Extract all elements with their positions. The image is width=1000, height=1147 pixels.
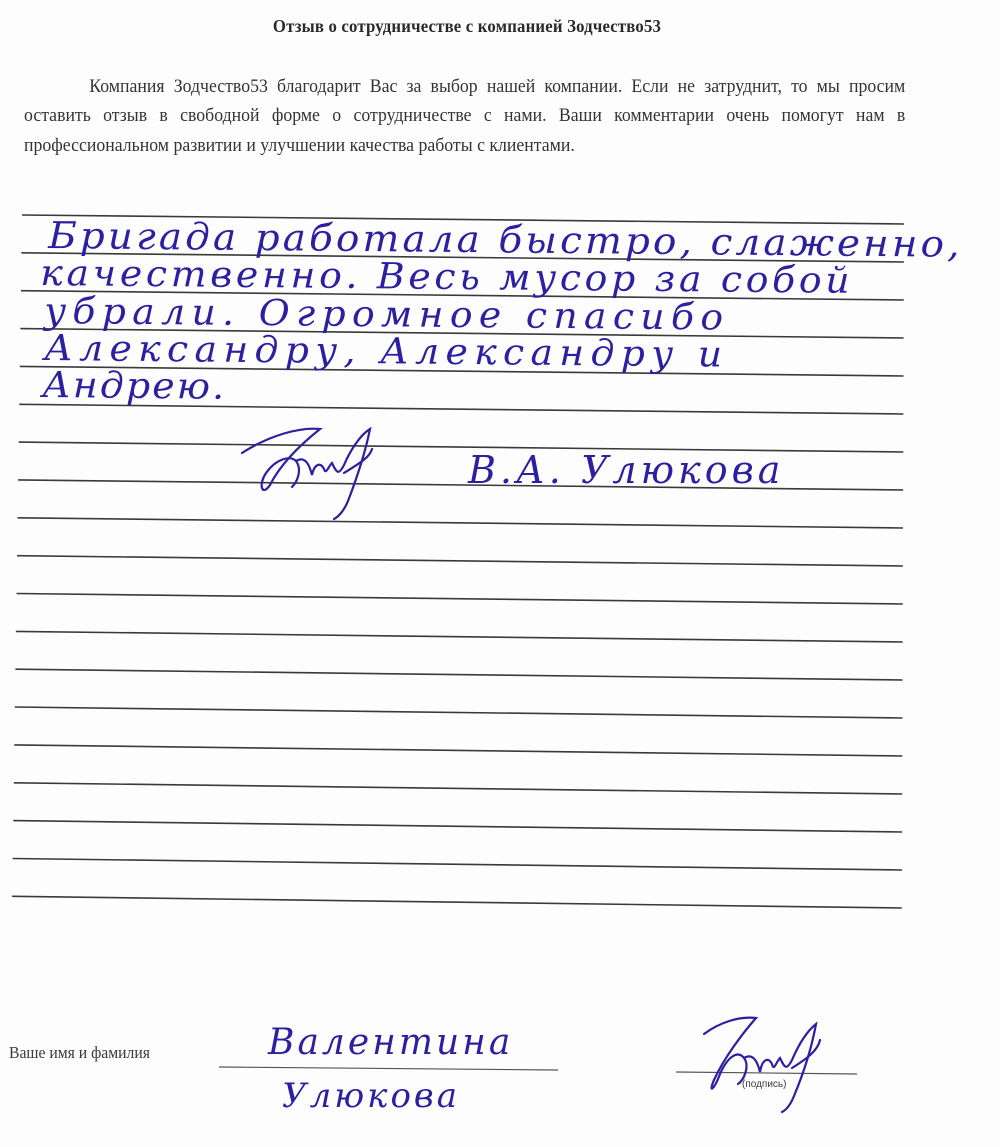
document-title: Отзыв о сотрудничестве с компанией Зодче…: [33, 16, 902, 37]
ruled-line: [14, 783, 902, 794]
feedback-form-page: Отзыв о сотрудничестве с компанией Зодче…: [0, 0, 1000, 1147]
ruled-line: [14, 745, 902, 756]
name-underline: [219, 1067, 558, 1070]
ruled-line: [18, 518, 903, 528]
ruled-line: [12, 896, 902, 908]
ruled-line: [15, 669, 902, 680]
signature-caption: (подпись): [742, 1079, 786, 1090]
signature-icon: [680, 1010, 860, 1110]
signed-by-name: В.А. Улюкова: [468, 448, 784, 492]
ruled-line: [13, 859, 902, 871]
intro-paragraph: Компания Зодчество53 благодарит Вас за в…: [24, 73, 905, 161]
inline-signature-icon: [240, 415, 440, 525]
ruled-line: [13, 821, 902, 832]
ruled-line: [17, 556, 903, 566]
ruled-lines: [0, 0, 1000, 1147]
name-field-label: Ваше имя и фамилия: [9, 1043, 150, 1063]
name-field-value-last: Улюкова: [282, 1076, 460, 1116]
handwritten-line-5: Андрею.: [42, 365, 226, 408]
ruled-line: [15, 707, 903, 718]
ruled-line: [17, 594, 903, 605]
ruled-line: [16, 631, 903, 642]
name-field-value-first: Валентина: [268, 1022, 513, 1063]
